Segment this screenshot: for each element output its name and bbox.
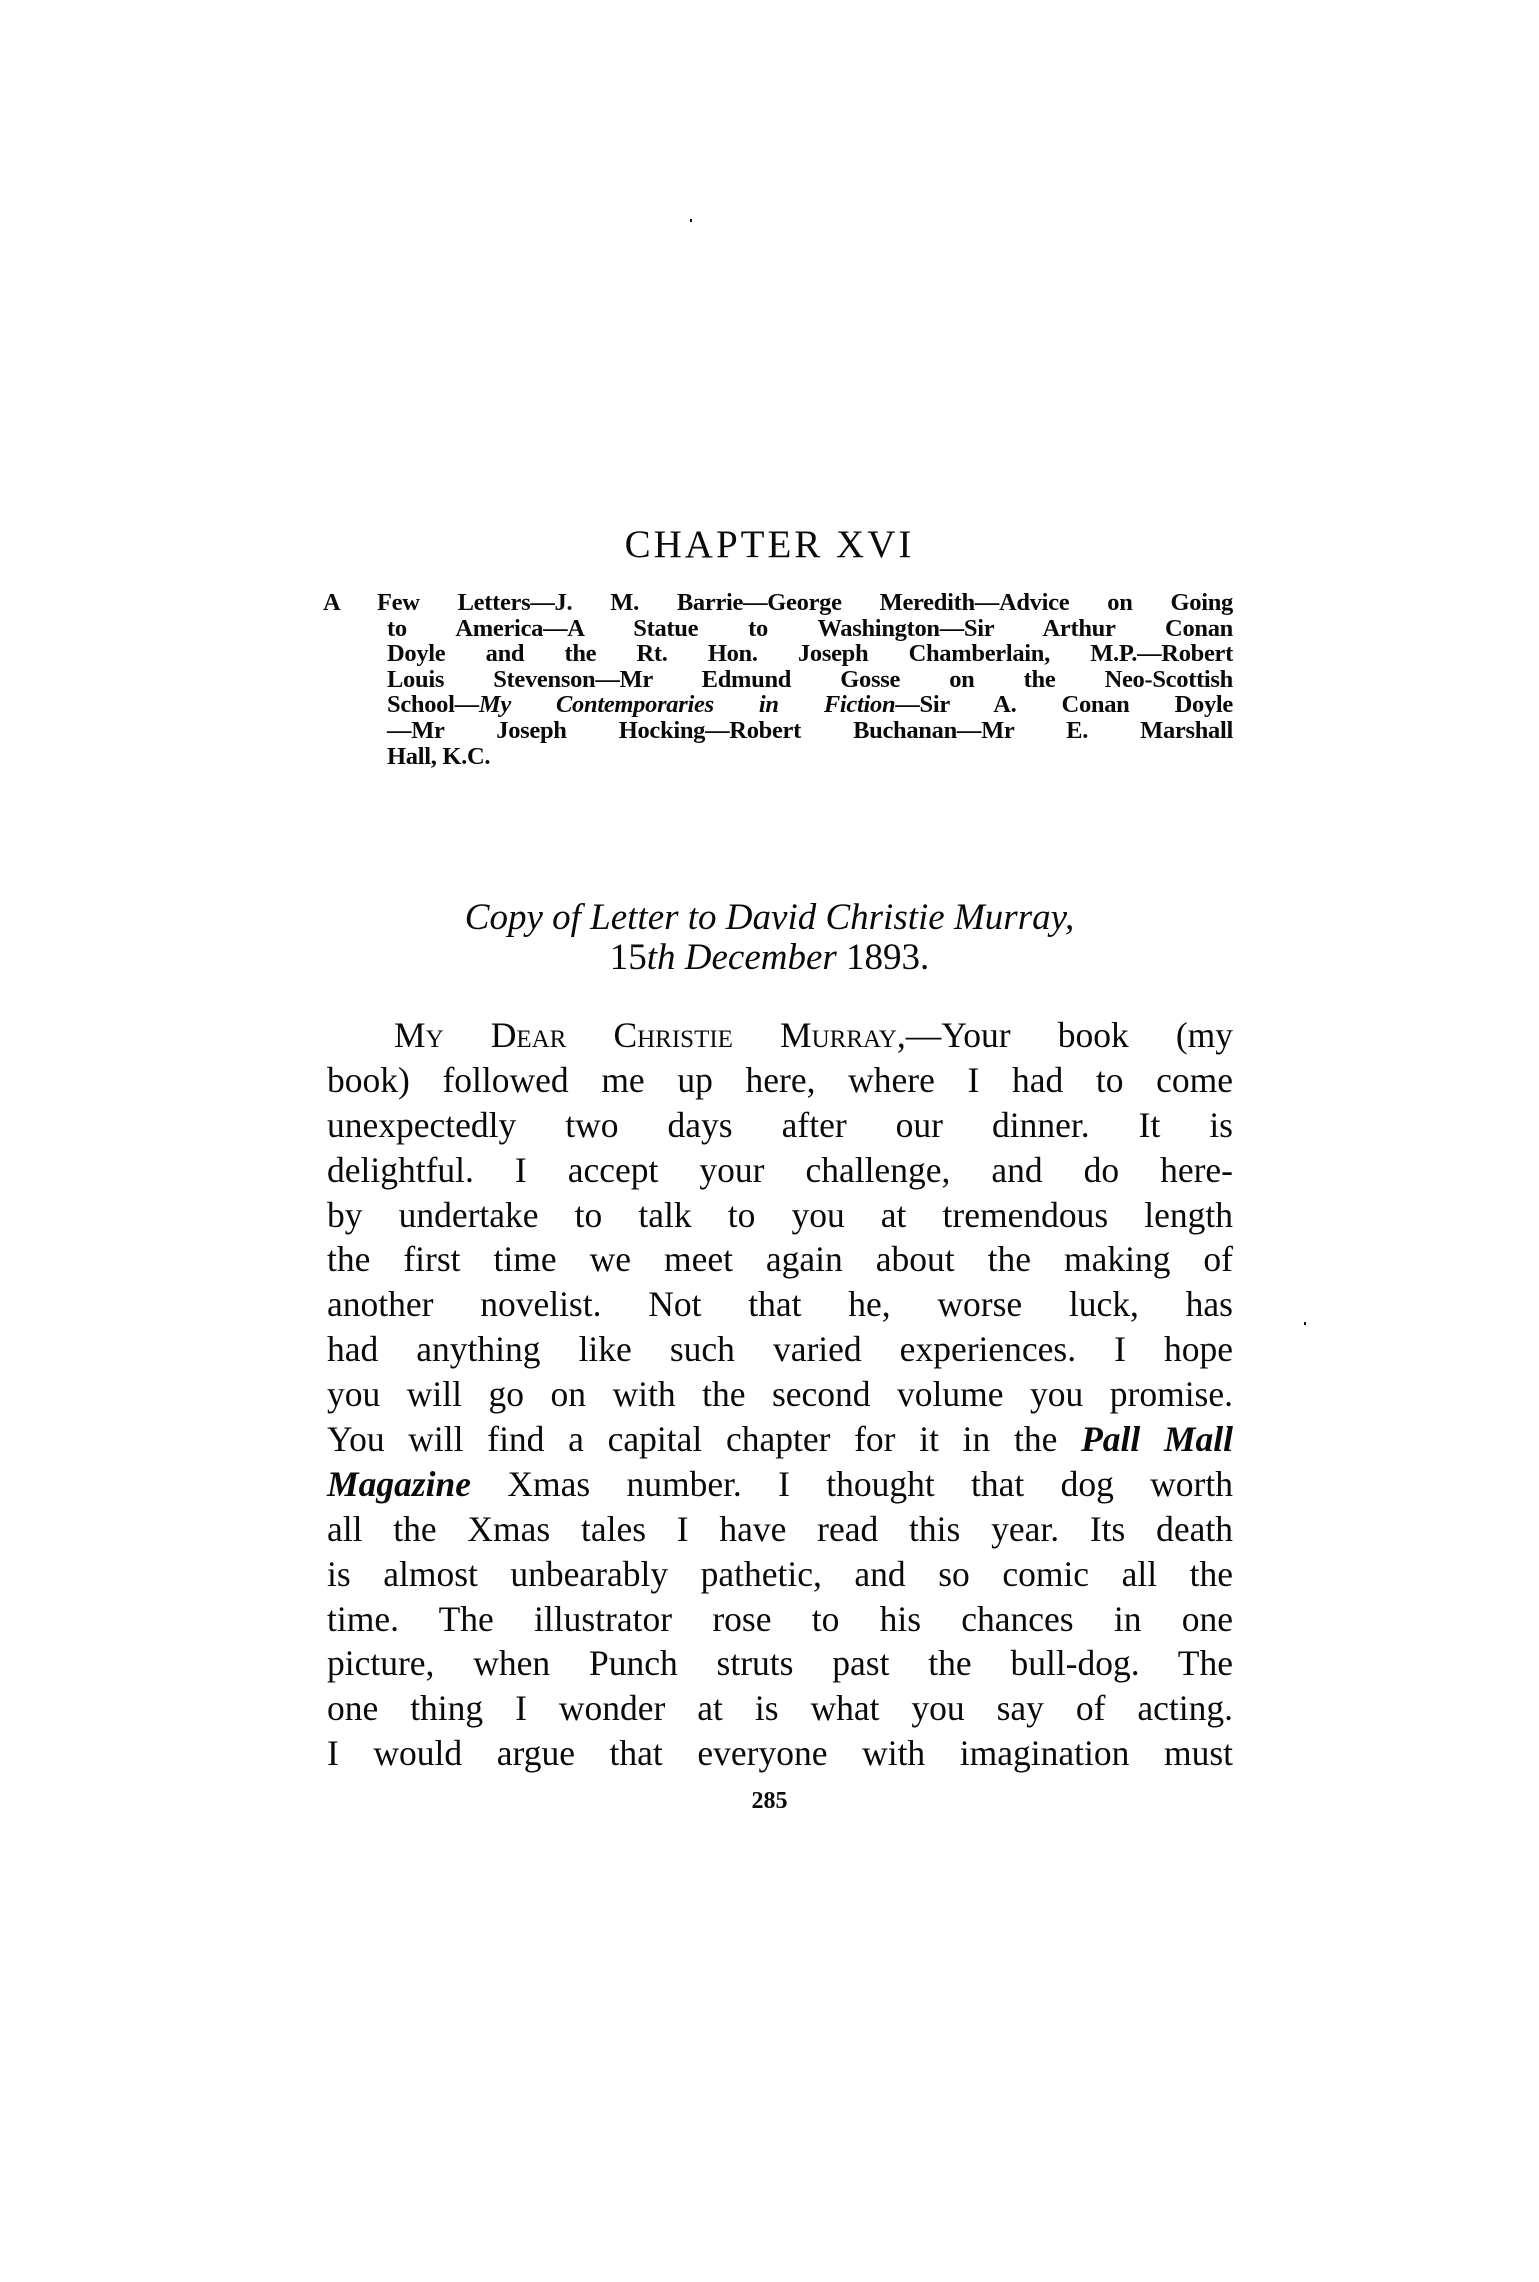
body-line: Magazine Xmas number. I thought that dog… xyxy=(327,1462,1233,1507)
synopsis-text: —Sir A. Conan Doyle xyxy=(895,691,1233,718)
body-line: You will find a capital chapter for it i… xyxy=(327,1417,1233,1462)
letter-heading-title: Copy of Letter to David Christie Murray, xyxy=(0,898,1539,938)
body-line: delightful. I accept your challenge, and… xyxy=(327,1148,1233,1193)
body-text: You will find a capital chapter for it i… xyxy=(327,1419,1081,1459)
body-text: Xmas number. I thought that dog worth xyxy=(471,1464,1233,1504)
salutation: My Dear Christie Murray, xyxy=(394,1015,906,1055)
date-day: 15 xyxy=(610,937,647,978)
body-line: the first time we meet again about the m… xyxy=(327,1237,1233,1282)
body-line: picture, when Punch struts past the bull… xyxy=(327,1641,1233,1686)
synopsis-line: Doyle and the Rt. Hon. Joseph Chamberlai… xyxy=(387,641,1233,667)
magazine-title-italic: Magazine xyxy=(327,1464,471,1504)
synopsis-line: A Few Letters—J. M. Barrie—George Meredi… xyxy=(323,590,1233,616)
body-line: you will go on with the second volume yo… xyxy=(327,1372,1233,1417)
body-line: is almost unbearably pathetic, and so co… xyxy=(327,1552,1233,1597)
synopsis-line: —Mr Joseph Hocking—Robert Buchanan—Mr E.… xyxy=(387,718,1233,744)
body-line: My Dear Christie Murray,—Your book (my xyxy=(327,1013,1233,1058)
letter-heading-date: 15th December 1893. xyxy=(0,938,1539,978)
body-line: I would argue that everyone with imagina… xyxy=(327,1731,1233,1776)
body-line: had anything like such varied experience… xyxy=(327,1327,1233,1372)
body-line: one thing I wonder at is what you say of… xyxy=(327,1686,1233,1731)
synopsis-line: School—My Contemporaries in Fiction—Sir … xyxy=(387,692,1233,718)
date-year: 1893. xyxy=(846,937,929,978)
synopsis-line: Louis Stevenson—Mr Edmund Gosse on the N… xyxy=(387,667,1233,693)
page-number: 285 xyxy=(0,1788,1539,1814)
body-line: all the Xmas tales I have read this year… xyxy=(327,1507,1233,1552)
book-title-italic: My Contemporaries in Fiction xyxy=(479,691,895,718)
letter-body: My Dear Christie Murray,—Your book (my b… xyxy=(327,1013,1233,1776)
synopsis-line: to America—A Statue to Washington—Sir Ar… xyxy=(387,616,1233,642)
body-line: by undertake to talk to you at tremendou… xyxy=(327,1193,1233,1238)
magazine-title-italic: Pall Mall xyxy=(1081,1419,1233,1459)
synopsis-text: School— xyxy=(387,691,479,718)
body-line: time. The illustrator rose to his chance… xyxy=(327,1597,1233,1642)
date-month: th December xyxy=(647,937,837,978)
body-line: unexpectedly two days after our dinner. … xyxy=(327,1103,1233,1148)
body-line: book) followed me up here, where I had t… xyxy=(327,1058,1233,1103)
synopsis-line: Hall, K.C. xyxy=(387,744,1233,770)
body-text: —Your book (my xyxy=(906,1015,1233,1055)
chapter-title: CHAPTER XVI xyxy=(0,523,1539,567)
scan-speck xyxy=(1304,1322,1306,1325)
chapter-synopsis: A Few Letters—J. M. Barrie—George Meredi… xyxy=(323,590,1233,769)
letter-heading: Copy of Letter to David Christie Murray,… xyxy=(0,898,1539,978)
scan-speck xyxy=(690,219,692,222)
body-line: another novelist. Not that he, worse luc… xyxy=(327,1282,1233,1327)
